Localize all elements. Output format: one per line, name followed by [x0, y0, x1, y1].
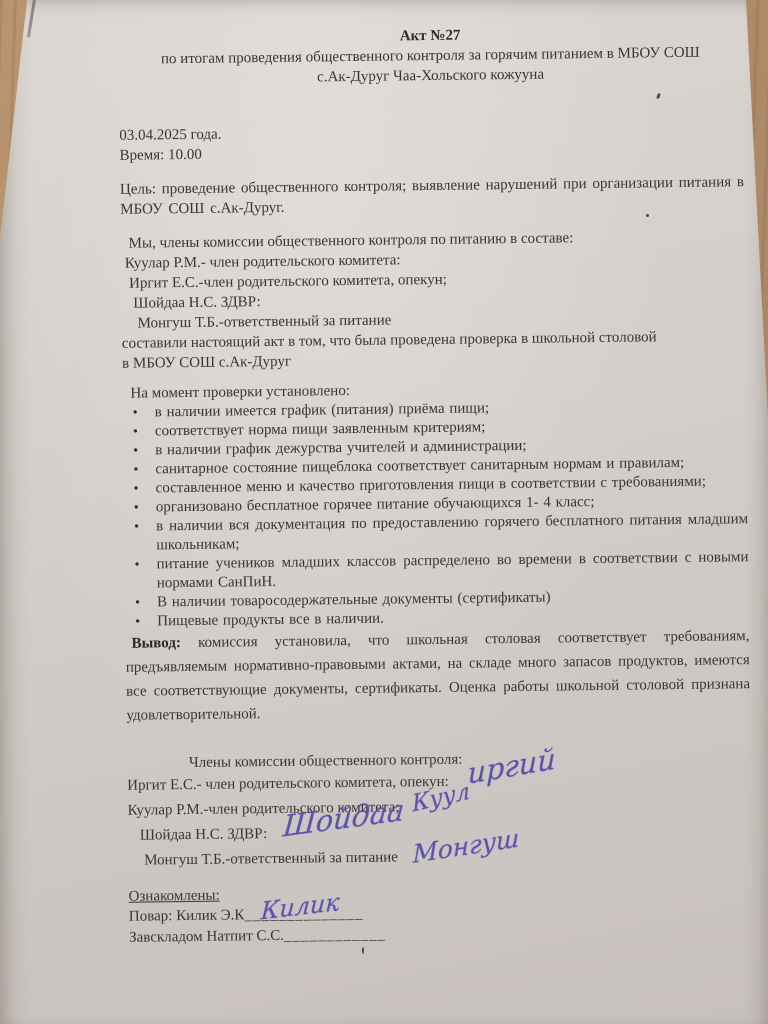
- signature-irgit: иргий: [467, 759, 555, 774]
- signatory-label: Шойдаа Н.С. ЗДВР:: [140, 826, 268, 844]
- signature-kilik: Килик: [261, 902, 340, 911]
- signatory-label: Монгуш Т.Б.-ответственный за питание: [144, 849, 398, 868]
- signatory-label: Иргит Е.С.- член родительского комитета,…: [127, 774, 449, 794]
- document-body: Акт №27 по итогам проведения общественно…: [118, 22, 753, 949]
- acknowledged-label: Завскладом Натпит С.С.: [129, 928, 284, 946]
- acknowledged-label: Повар: Килик Э.К: [129, 907, 245, 924]
- conclusion-label: Вывод:: [131, 635, 181, 652]
- signature-mongush: Монгуш: [412, 838, 519, 854]
- conclusion-paragraph: Вывод: комиссия установила, что школьная…: [125, 624, 750, 728]
- ink-speck: [362, 947, 364, 954]
- signature-blank: ____________: [284, 927, 386, 944]
- findings-list: в наличии имеется график (питания) приём…: [123, 396, 750, 632]
- conclusion-text: комиссия установила, что школьная столов…: [126, 628, 750, 724]
- signature-shoydaa: Шойдаа: [284, 810, 405, 826]
- signature-kuular: Куул: [412, 791, 470, 804]
